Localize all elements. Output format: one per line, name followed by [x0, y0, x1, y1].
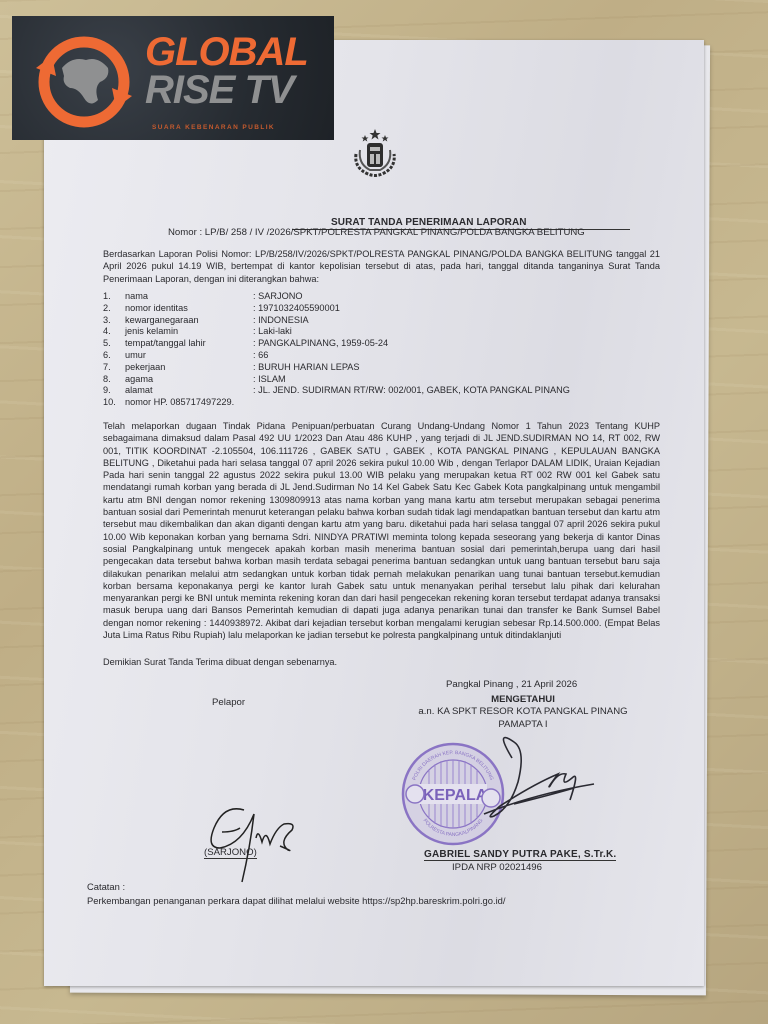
acknowledge-heading: MENGETAHUI — [400, 694, 646, 706]
incident-description: Telah melaporkan dugaan Tindak Pidana Pe… — [103, 420, 660, 641]
field-label: jenis kelamin — [125, 326, 253, 338]
field-value: : SARJONO — [253, 291, 663, 303]
globe-arrows-icon — [28, 26, 140, 138]
field-value: : 1971032405590001 — [253, 303, 663, 315]
field-value: : INDONESIA — [253, 315, 663, 327]
field-label: kewarganegaraan — [125, 315, 253, 327]
field-row: 5.tempat/tanggal lahir: PANGKALPINANG, 1… — [103, 338, 663, 350]
field-row: 6.umur: 66 — [103, 350, 663, 362]
brand-tagline: SUARA KEBENARAN PUBLIK — [152, 124, 275, 131]
acknowledgement-block: MENGETAHUI a.n. KA SPKT RESOR KOTA PANGK… — [400, 694, 646, 731]
field-label: tempat/tanggal lahir — [125, 338, 253, 350]
field-value: : BURUH HARIAN LEPAS — [253, 362, 663, 374]
field-value: : PANGKALPINANG, 1959-05-24 — [253, 338, 663, 350]
reporter-label: Pelapor — [212, 697, 245, 708]
field-value: : ISLAM — [253, 374, 663, 386]
field-row: 2.nomor identitas: 1971032405590001 — [103, 303, 663, 315]
field-label: umur — [125, 350, 253, 362]
brand-line-2: RISE TV — [145, 70, 294, 110]
report-number: Nomor : LP/B/ 258 / IV /2026/SPKT/POLRES… — [168, 227, 708, 238]
notes-label: Catatan : — [87, 881, 125, 892]
police-crest-icon — [346, 128, 404, 178]
field-value: : JL. JEND. SUDIRMAN RT/RW: 002/001, GAB… — [253, 385, 663, 397]
brand-line-1: GLOBAL — [145, 32, 308, 72]
reporter-name: (SARJONO) — [204, 847, 257, 859]
acknowledge-line: a.n. KA SPKT RESOR KOTA PANGKAL PINANG — [400, 706, 646, 718]
field-label: nomor identitas — [125, 303, 253, 315]
field-value: : Laki-laki — [253, 326, 663, 338]
field-row: 9.alamat: JL. JEND. SUDIRMAN RT/RW: 002/… — [103, 385, 663, 397]
officer-signature-icon — [454, 728, 604, 828]
field-row: 8.agama: ISLAM — [103, 374, 663, 386]
officer-name: GABRIEL SANDY PUTRA PAKE, S.Tr.K. — [424, 849, 616, 861]
reporter-signature-icon — [184, 798, 304, 888]
field-row: 4.jenis kelamin: Laki-laki — [103, 326, 663, 338]
field-row: 3.kewarganegaraan: INDONESIA — [103, 315, 663, 327]
officer-rank: IPDA NRP 02021496 — [452, 862, 542, 873]
field-row: 1.nama: SARJONO — [103, 291, 663, 303]
reporter-identity-list: 1.nama: SARJONO 2.nomor identitas: 19710… — [103, 291, 663, 409]
field-label: nama — [125, 291, 253, 303]
field-label: alamat — [125, 385, 253, 397]
field-value — [234, 397, 663, 409]
field-row: 10.nomor HP. 085717497229. — [103, 397, 663, 409]
notes-text: Perkembangan penanganan perkara dapat di… — [87, 895, 505, 906]
police-report-document: SURAT TANDA PENERIMAAN LAPORAN Nomor : L… — [44, 40, 704, 986]
field-row: 7.pekerjaan: BURUH HARIAN LEPAS — [103, 362, 663, 374]
global-rise-tv-watermark: GLOBAL RISE TV SUARA KEBENARAN PUBLIK — [12, 16, 334, 140]
field-label: nomor HP. 085717497229. — [125, 397, 234, 409]
intro-paragraph: Berdasarkan Laporan Polisi Nomor: LP/B/2… — [103, 248, 660, 285]
field-label: agama — [125, 374, 253, 386]
field-label: pekerjaan — [125, 362, 253, 374]
field-value: : 66 — [253, 350, 663, 362]
place-date: Pangkal Pinang , 21 April 2026 — [446, 679, 577, 690]
closing-statement: Demikian Surat Tanda Terima dibuat denga… — [103, 657, 337, 667]
